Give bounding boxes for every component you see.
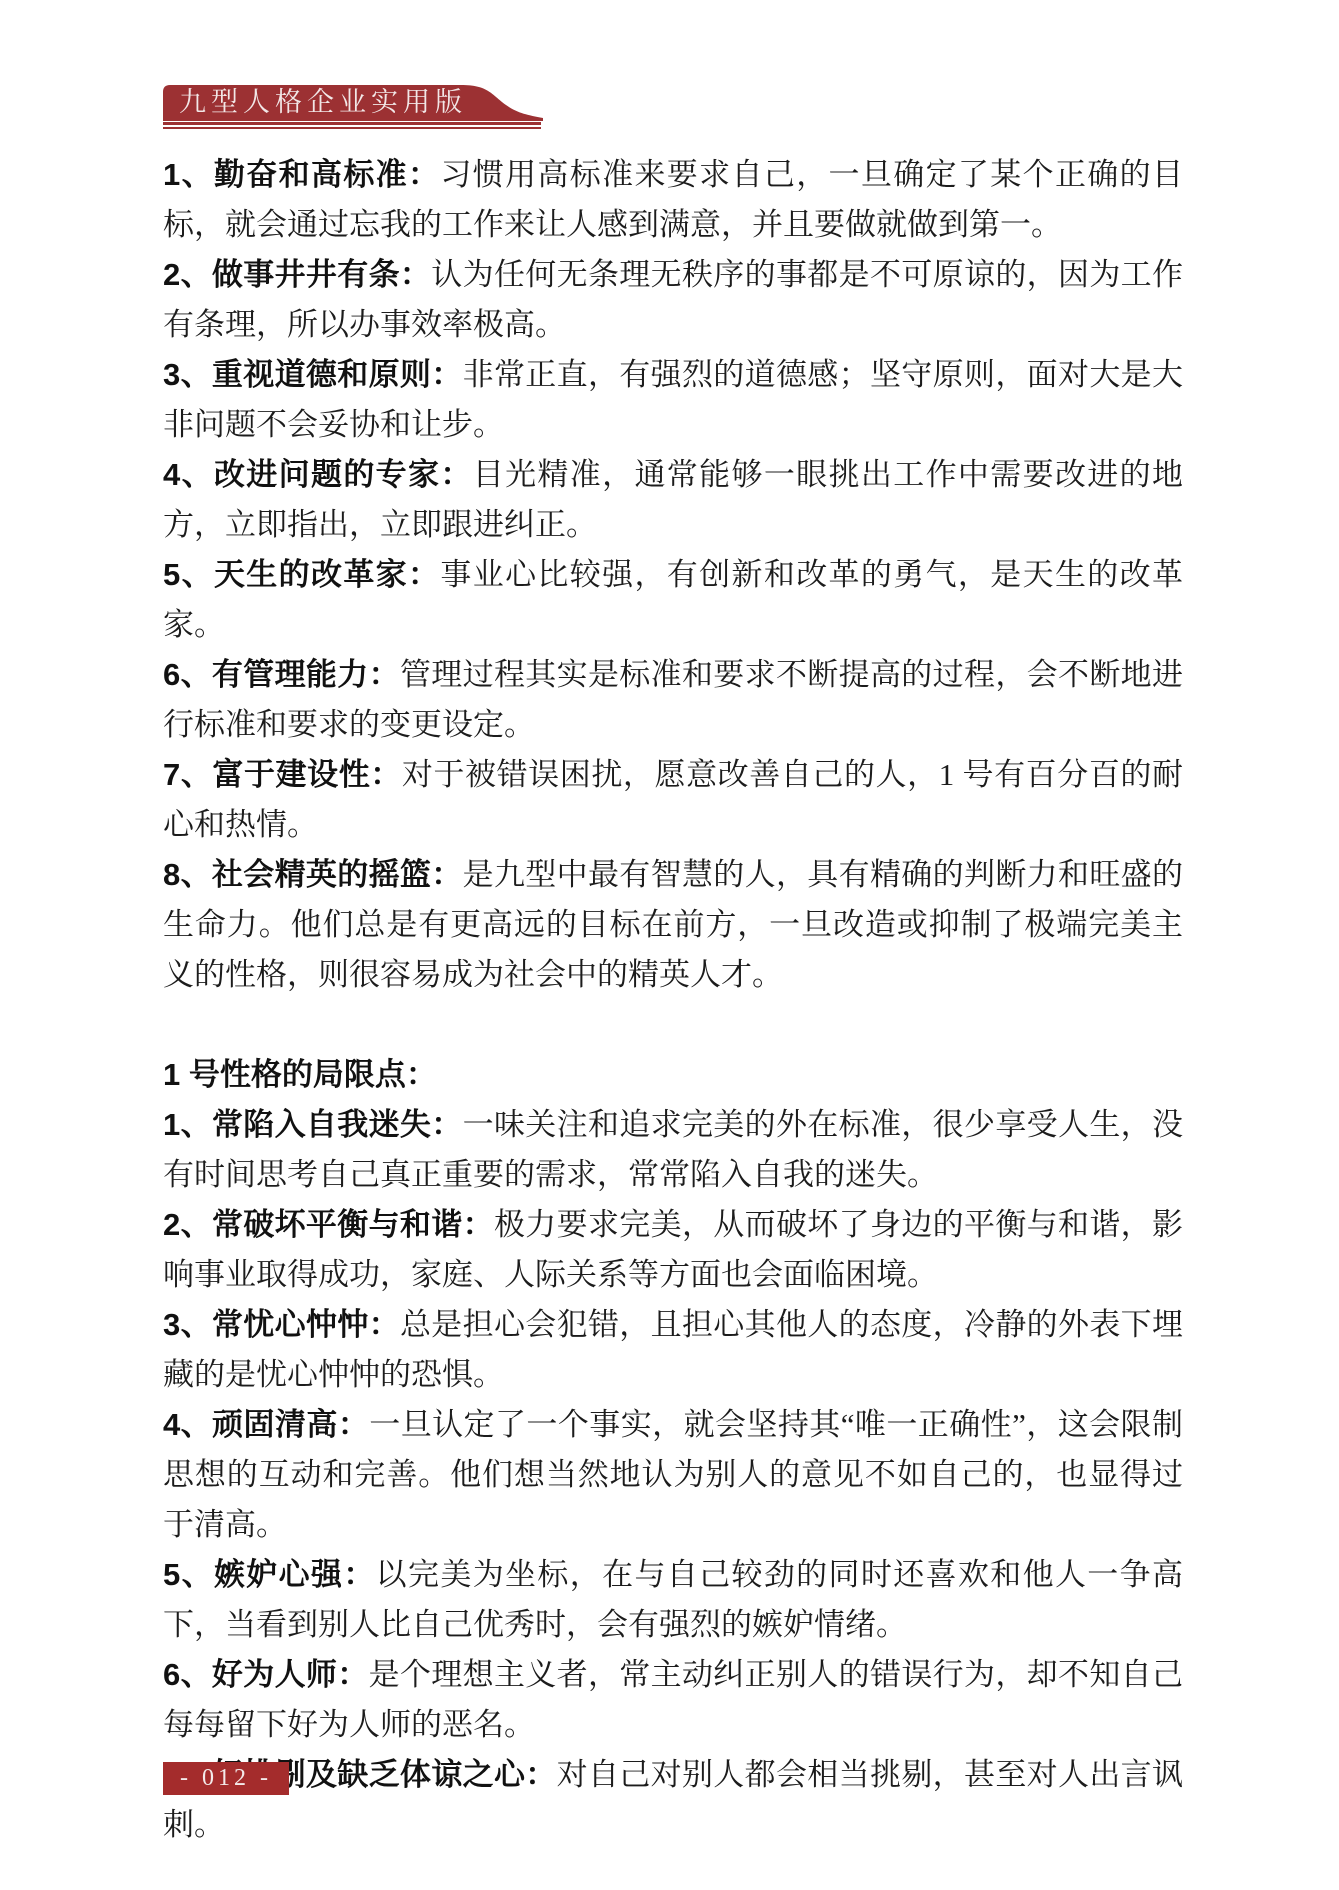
list-item: 4、改进问题的专家：目光精准，通常能够一眼挑出工作中需要改进的地方，立即指出，立… bbox=[163, 450, 1183, 550]
item-number: 4、 bbox=[163, 1407, 212, 1442]
list-item: 3、常忧心忡忡：总是担心会犯错，且担心其他人的态度，冷静的外表下埋藏的是忧心忡忡… bbox=[163, 1300, 1183, 1400]
item-number: 4、 bbox=[163, 457, 214, 492]
item-title: 有管理能力： bbox=[212, 657, 400, 692]
list-item: 2、常破坏平衡与和谐：极力要求完美，从而破坏了身边的平衡与和谐，影响事业取得成功… bbox=[163, 1200, 1183, 1300]
item-title: 社会精英的摇篮： bbox=[212, 857, 463, 892]
item-title: 重视道德和原则： bbox=[212, 357, 463, 392]
item-title: 勤奋和高标准： bbox=[214, 157, 440, 192]
item-number: 1、 bbox=[163, 1107, 212, 1142]
item-number: 5、 bbox=[163, 557, 214, 592]
list-item: 1、常陷入自我迷失：一味关注和追求完美的外在标准，很少享受人生，没有时间思考自己… bbox=[163, 1100, 1183, 1200]
item-number: 2、 bbox=[163, 257, 212, 292]
list-item: 2、做事井井有条：认为任何无条理无秩序的事都是不可原谅的，因为工作有条理，所以办… bbox=[163, 250, 1183, 350]
list-item: 6、好为人师：是个理想主义者，常主动纠正别人的错误行为，却不知自己每每留下好为人… bbox=[163, 1650, 1183, 1750]
header-banner: 九型人格企业实用版 bbox=[163, 85, 543, 121]
item-title: 常破坏平衡与和谐： bbox=[212, 1207, 494, 1242]
item-title: 顽固清高： bbox=[212, 1407, 369, 1442]
list-item: 7、好挑剔及缺乏体谅之心：对自己对别人都会相当挑剔，甚至对人出言讽刺。 bbox=[163, 1750, 1183, 1850]
list-item: 7、富于建设性：对于被错误困扰，愿意改善自己的人，1 号有百分百的耐心和热情。 bbox=[163, 750, 1183, 850]
item-number: 3、 bbox=[163, 1307, 212, 1342]
item-number: 1、 bbox=[163, 157, 214, 192]
item-title: 改进问题的专家： bbox=[214, 457, 473, 492]
item-number: 5、 bbox=[163, 1557, 214, 1592]
book-page: 九型人格企业实用版 1、勤奋和高标准：习惯用高标准来要求自己，一旦确定了某个正确… bbox=[0, 0, 1339, 1890]
item-number: 2、 bbox=[163, 1207, 212, 1242]
limitations-list: 1、常陷入自我迷失：一味关注和追求完美的外在标准，很少享受人生，没有时间思考自己… bbox=[163, 1100, 1183, 1850]
list-item: 8、社会精英的摇篮：是九型中最有智慧的人，具有精确的判断力和旺盛的生命力。他们总… bbox=[163, 850, 1183, 1000]
banner-title: 九型人格企业实用版 bbox=[179, 85, 467, 121]
item-number: 3、 bbox=[163, 357, 212, 392]
item-title: 富于建设性： bbox=[212, 757, 401, 792]
item-title: 嫉妒心强： bbox=[214, 1557, 376, 1592]
item-number: 7、 bbox=[163, 757, 212, 792]
item-number: 6、 bbox=[163, 657, 212, 692]
main-text-column: 1、勤奋和高标准：习惯用高标准来要求自己，一旦确定了某个正确的目标，就会通过忘我… bbox=[163, 150, 1183, 1850]
item-number: 8、 bbox=[163, 857, 212, 892]
list-item: 4、顽固清高：一旦认定了一个事实，就会坚持其“唯一正确性”，这会限制思想的互动和… bbox=[163, 1400, 1183, 1550]
item-number: 6、 bbox=[163, 1657, 212, 1692]
page-number-badge: - 012 - bbox=[163, 1762, 289, 1795]
list-item: 5、嫉妒心强：以完美为坐标，在与自己较劲的同时还喜欢和他人一争高下，当看到别人比… bbox=[163, 1550, 1183, 1650]
list-item: 6、有管理能力：管理过程其实是标准和要求不断提高的过程，会不断地进行标准和要求的… bbox=[163, 650, 1183, 750]
list-item: 1、勤奋和高标准：习惯用高标准来要求自己，一旦确定了某个正确的目标，就会通过忘我… bbox=[163, 150, 1183, 250]
item-title: 常陷入自我迷失： bbox=[212, 1107, 463, 1142]
item-title: 做事井井有条： bbox=[212, 257, 431, 292]
item-title: 常忧心忡忡： bbox=[212, 1307, 400, 1342]
strengths-list: 1、勤奋和高标准：习惯用高标准来要求自己，一旦确定了某个正确的目标，就会通过忘我… bbox=[163, 150, 1183, 1000]
list-item: 3、重视道德和原则：非常正直，有强烈的道德感；坚守原则，面对大是大非问题不会妥协… bbox=[163, 350, 1183, 450]
list-item: 5、天生的改革家：事业心比较强，有创新和改革的勇气，是天生的改革家。 bbox=[163, 550, 1183, 650]
banner-double-underline bbox=[163, 122, 541, 129]
item-title: 好为人师： bbox=[212, 1657, 369, 1692]
item-title: 天生的改革家： bbox=[214, 557, 440, 592]
limitations-heading: 1 号性格的局限点： bbox=[163, 1050, 1183, 1100]
